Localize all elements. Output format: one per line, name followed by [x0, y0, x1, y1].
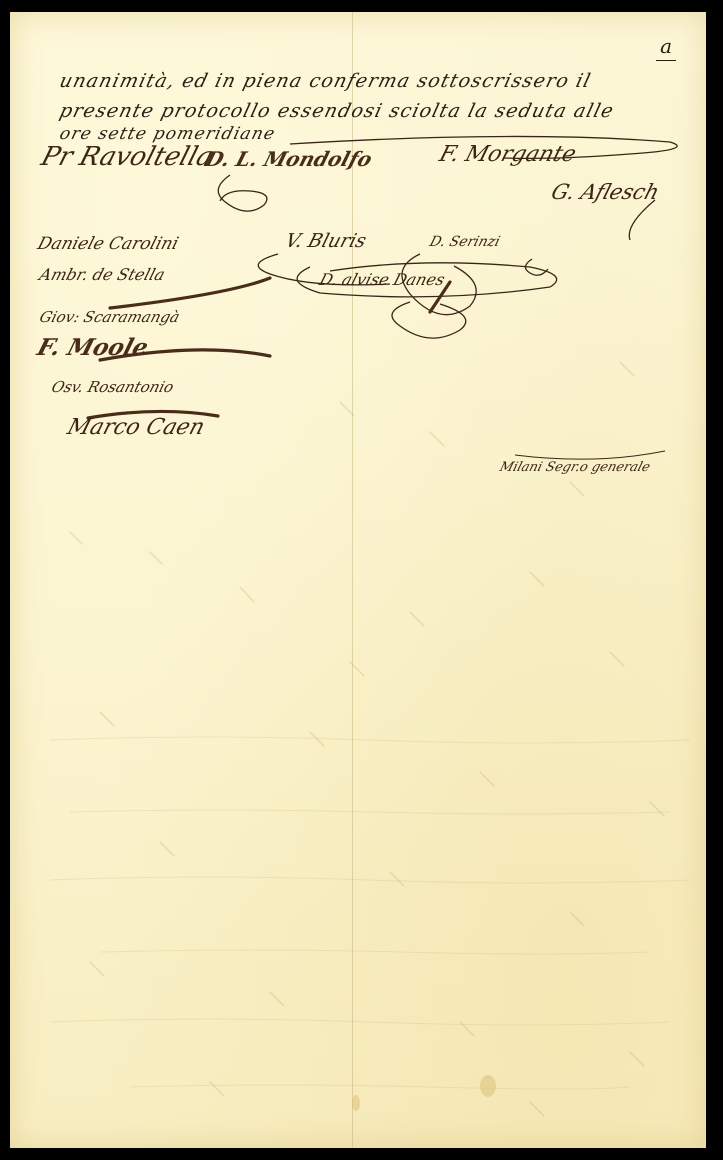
signature-aflesch: G. Aflesch: [549, 180, 663, 204]
signature-scaramanga: Giov: Scaramangà: [37, 308, 181, 326]
body-line-1: unanimità, ed in piena conferma sottoscr…: [57, 70, 593, 92]
signature-bluris: V. Bluris: [283, 230, 369, 252]
signature-ravoltella: Pr Ravoltella: [38, 142, 217, 172]
signature-mondolfo: D. L. Mondolfo: [203, 147, 375, 171]
signature-marco-caen: Marco Caen: [64, 415, 207, 440]
signature-stella: Ambr. de Stella: [37, 265, 167, 284]
body-line-2: presente protocollo essendosi sciolta la…: [57, 100, 616, 122]
signature-danes: D. alvise Danes: [317, 270, 447, 289]
signature-serinzi: D. Serinzi: [428, 234, 502, 250]
page-marker: a: [656, 34, 676, 61]
signature-carolini: Daniele Carolini: [35, 234, 181, 254]
paper-stain: [480, 1075, 496, 1097]
signature-segretario: Milani Segr.o generale: [498, 460, 652, 475]
page-fold: [352, 12, 353, 1148]
signature-rosantonio: Osv. Rosantonio: [49, 378, 176, 396]
signature-morgante: F. Morgante: [436, 142, 579, 167]
paper-stain: [352, 1095, 360, 1111]
signature-moole: F. Moole: [34, 334, 151, 361]
body-line-3: ore sette pomeridiane: [58, 124, 278, 144]
document-page: a unanimità, ed in piena conferma sottos…: [10, 12, 706, 1148]
